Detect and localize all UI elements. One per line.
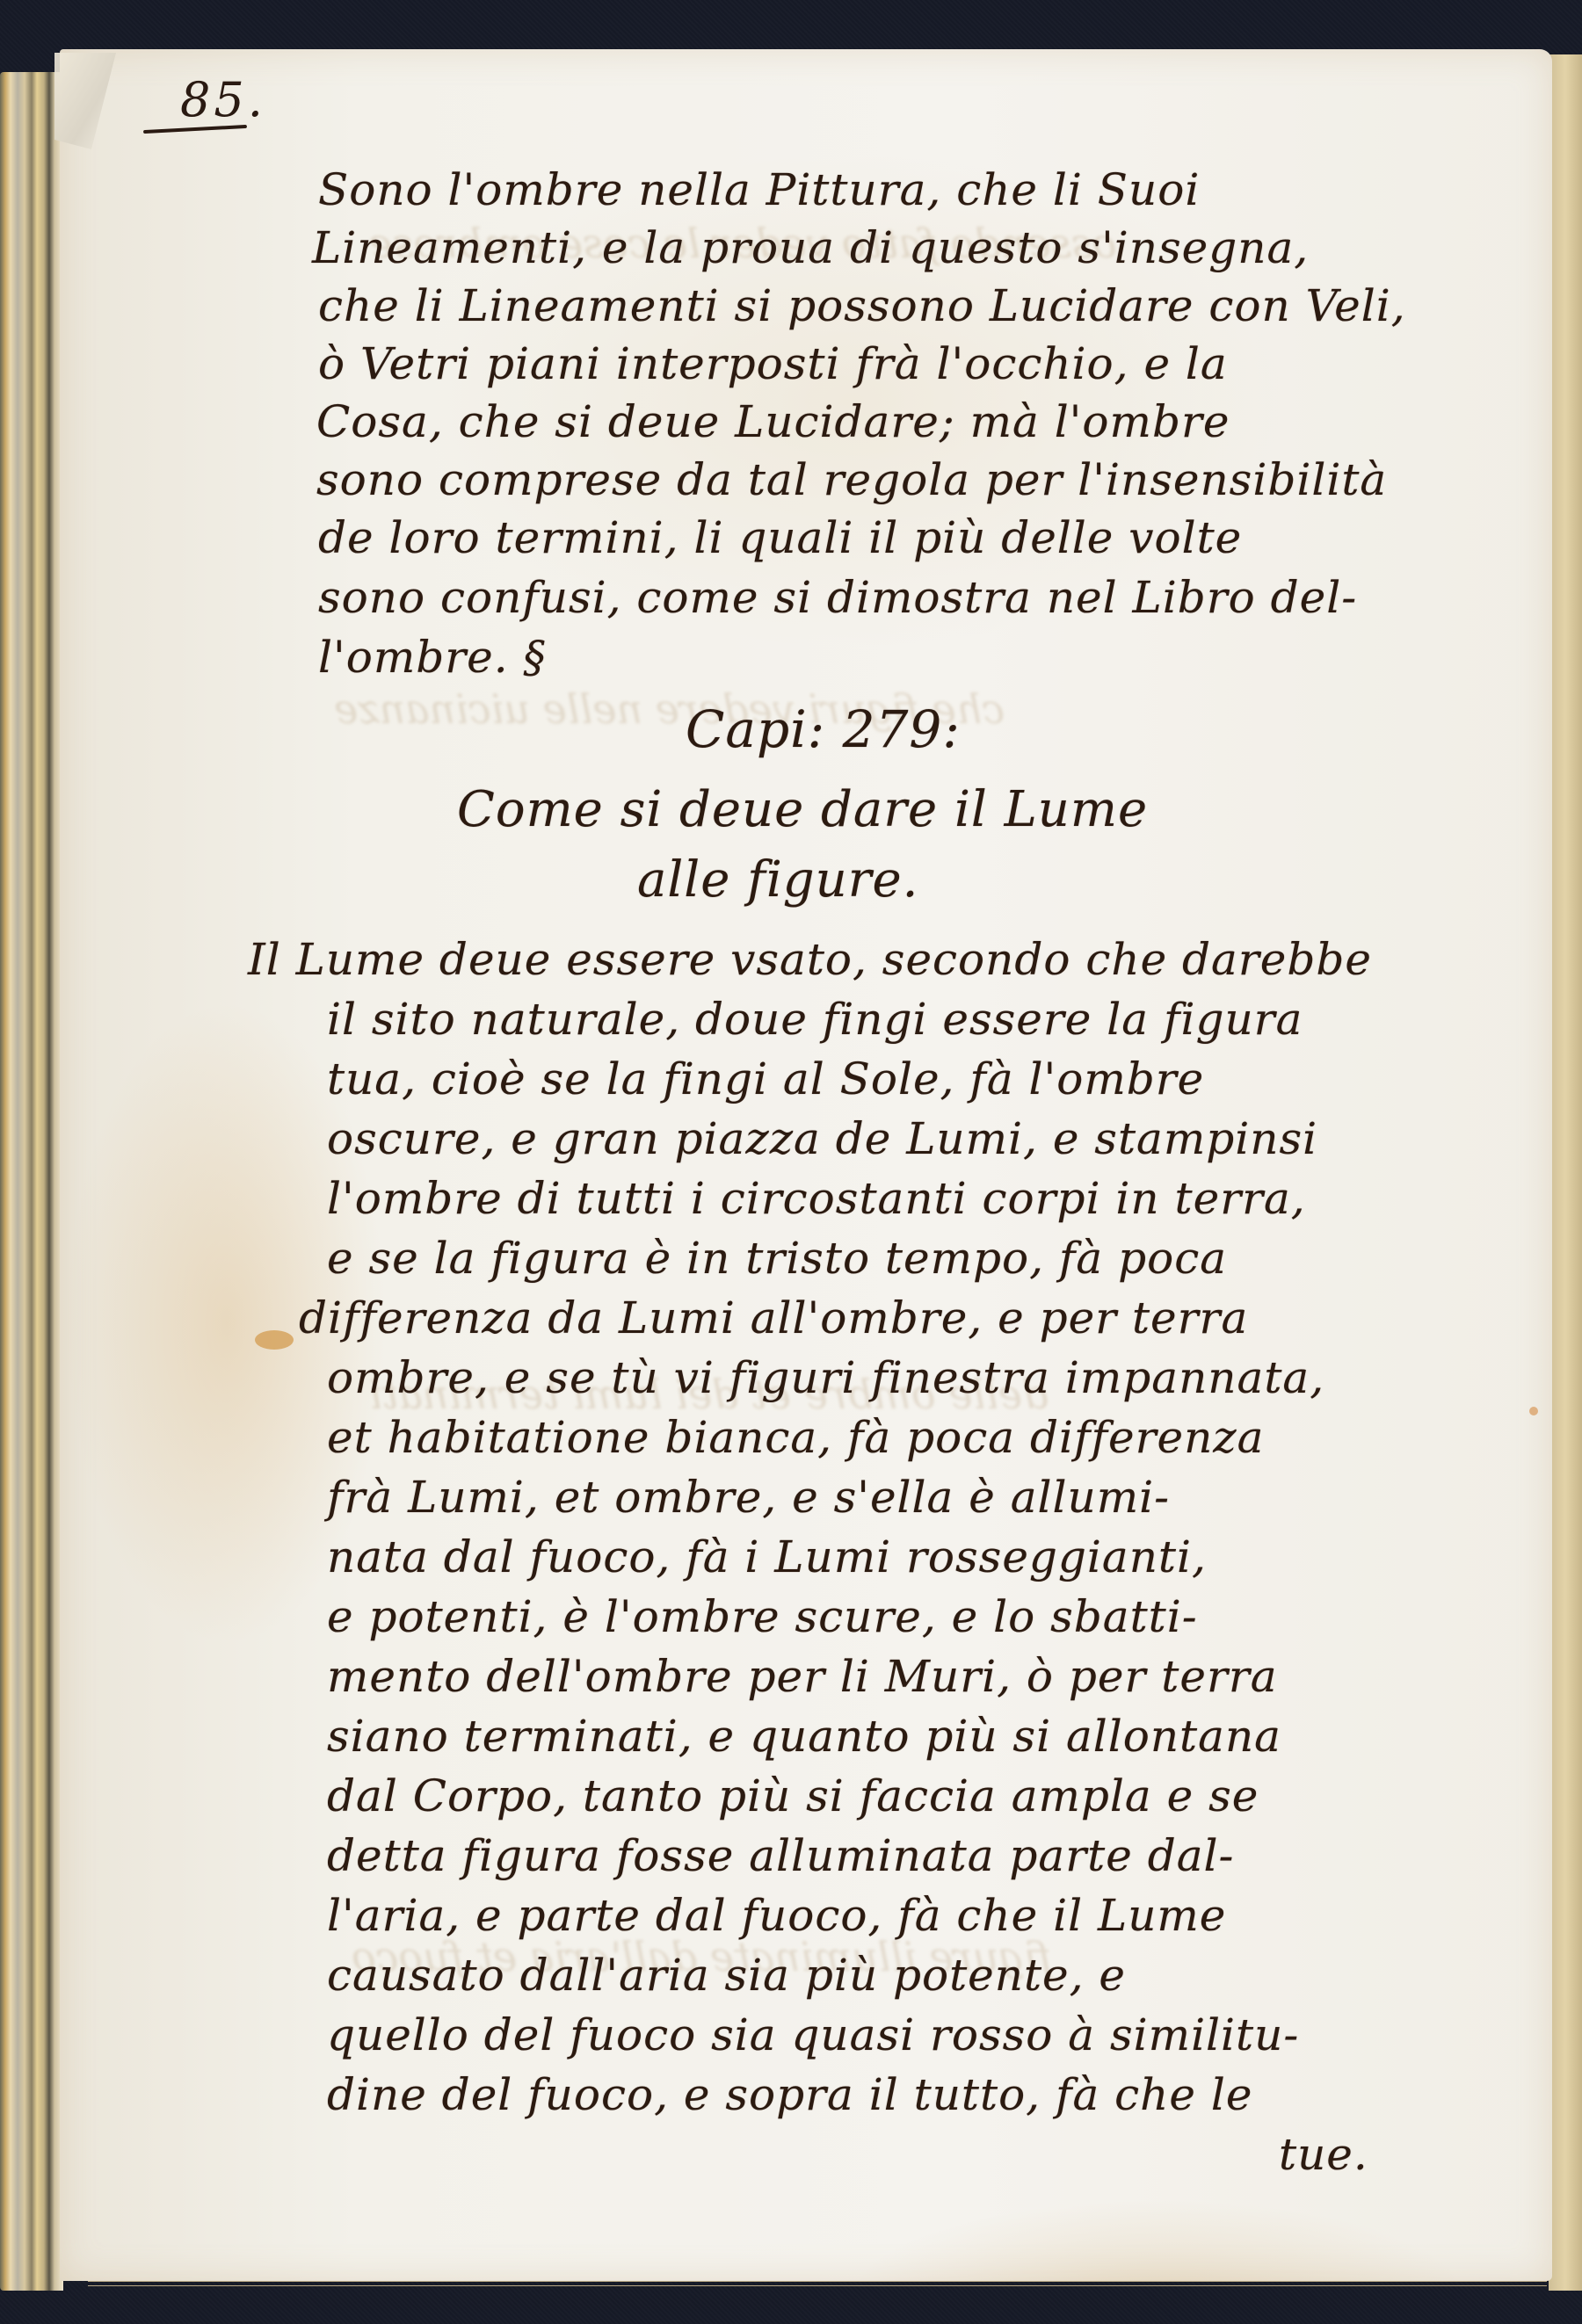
text-line: dal Corpo, tanto più si faccia ampla e s… — [327, 1770, 1259, 1822]
text-line: quello del fuoco sia quasi rosso à simil… — [327, 2009, 1299, 2061]
foxing-stain — [255, 1330, 294, 1350]
text-line: nata dal fuoco, fà i Lumi rosseggianti, — [327, 1531, 1207, 1583]
text-line: l'ombre. § — [318, 631, 547, 684]
text-line: de loro termini, li quali il più delle v… — [318, 511, 1242, 564]
catchword: tue. — [1279, 2128, 1368, 2181]
foxing-stain — [1529, 1407, 1538, 1415]
text-line: Lineamenti, e la proua di questo s'inseg… — [312, 221, 1309, 274]
text-line: ombre, e se tù vi figuri finestra impann… — [327, 1351, 1324, 1404]
text-line: e potenti, è l'ombre scure, e lo sbatti- — [327, 1590, 1198, 1643]
text-line: l'ombre di tutti i circostanti corpi in … — [327, 1172, 1306, 1225]
text-line: et habitatione bianca, fà poca differenz… — [327, 1411, 1264, 1464]
chapter-title-line-1: Come si deue dare il Lume — [457, 784, 1148, 836]
text-line: frà Lumi, et ombre, e s'ella è allumi- — [327, 1471, 1170, 1524]
text-line: Il Lume deue essere vsato, secondo che d… — [248, 933, 1372, 986]
text-line: sono confusi, come si dimostra nel Libro… — [318, 571, 1357, 624]
text-line: siano terminati, e quanto più si allonta… — [327, 1710, 1281, 1763]
text-line: detta figura fosse alluminata parte dal- — [327, 1829, 1234, 1882]
chapter-title-line-2: alle figure. — [637, 854, 918, 907]
text-line: che li Lineamenti si possono Lucidare co… — [318, 279, 1406, 332]
text-line: mento dell'ombre per li Muri, ò per terr… — [327, 1650, 1278, 1703]
text-line: il sito naturale, doue fingi essere la f… — [327, 993, 1303, 1046]
text-line: Cosa, che si deue Lucidare; mà l'ombre — [316, 395, 1230, 448]
book-edge-right — [1549, 54, 1582, 2291]
text-line: e se la figura è in tristo tempo, fà poc… — [327, 1232, 1227, 1285]
text-line: Sono l'ombre nella Pittura, che li Suoi — [318, 163, 1200, 216]
text-line: oscure, e gran piazza de Lumi, e stampin… — [327, 1112, 1317, 1165]
book-binding-left — [0, 72, 63, 2291]
text-line: sono comprese da tal regola per l'insens… — [316, 453, 1387, 506]
text-line: l'aria, e parte dal fuoco, fà che il Lum… — [327, 1889, 1226, 1942]
folio-number: 85. — [180, 72, 266, 127]
text-line: differenza da Lumi all'ombre, e per terr… — [299, 1292, 1248, 1344]
text-line: ò Vetri piani interposti frà l'occhio, e… — [318, 337, 1228, 390]
page-bottom-edge — [88, 2281, 1547, 2286]
text-line: tua, cioè se la fingi al Sole, fà l'ombr… — [327, 1053, 1204, 1105]
text-line: causato dall'aria sia più potente, e — [327, 1949, 1126, 2002]
text-line: dine del fuoco, e sopra il tutto, fà che… — [327, 2068, 1252, 2121]
chapter-number: Capi: 279: — [686, 703, 961, 756]
